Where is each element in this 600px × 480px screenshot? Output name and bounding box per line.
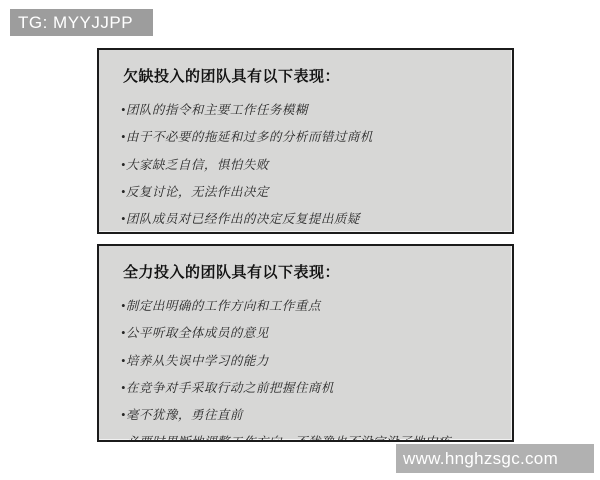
bullet-item: •反复讨论，无法作出决定: [121, 179, 512, 206]
lacking-commitment-box: 欠缺投入的团队具有以下表现： •团队的指令和主要工作任务模糊 •由于不必要的拖延…: [97, 48, 514, 234]
bullet-item: •团队成员对已经作出的决定反复提出质疑: [121, 206, 512, 233]
bullet-item: •在竞争对手采取行动之前把握住商机: [121, 375, 512, 402]
website-watermark: www.hnghzsgc.com: [396, 444, 594, 473]
bullet-item: •必要时果断地调整工作方向，不犹豫也不没完没了地内疚: [121, 429, 512, 442]
bullet-item: •制定出明确的工作方向和工作重点: [121, 293, 512, 320]
bullet-item: •培养从失误中学习的能力: [121, 348, 512, 375]
lacking-commitment-title: 欠缺投入的团队具有以下表现：: [123, 65, 512, 86]
bullet-item: •团队的指令和主要工作任务模糊: [121, 97, 512, 124]
lacking-commitment-list: •团队的指令和主要工作任务模糊 •由于不必要的拖延和过多的分析而错过商机 •大家…: [121, 97, 512, 233]
bullet-item: •大家缺乏自信，惧怕失败: [121, 152, 512, 179]
telegram-watermark-badge: TG: MYYJJPP: [10, 9, 153, 36]
full-commitment-list: •制定出明确的工作方向和工作重点 •公平听取全体成员的意见 •培养从失误中学习的…: [121, 293, 512, 442]
full-commitment-box: 全力投入的团队具有以下表现： •制定出明确的工作方向和工作重点 •公平听取全体成…: [97, 244, 514, 442]
bullet-item: •毫不犹豫，勇往直前: [121, 402, 512, 429]
bullet-item: •公平听取全体成员的意见: [121, 320, 512, 347]
full-commitment-title: 全力投入的团队具有以下表现：: [123, 261, 512, 282]
bullet-item: •由于不必要的拖延和过多的分析而错过商机: [121, 124, 512, 151]
